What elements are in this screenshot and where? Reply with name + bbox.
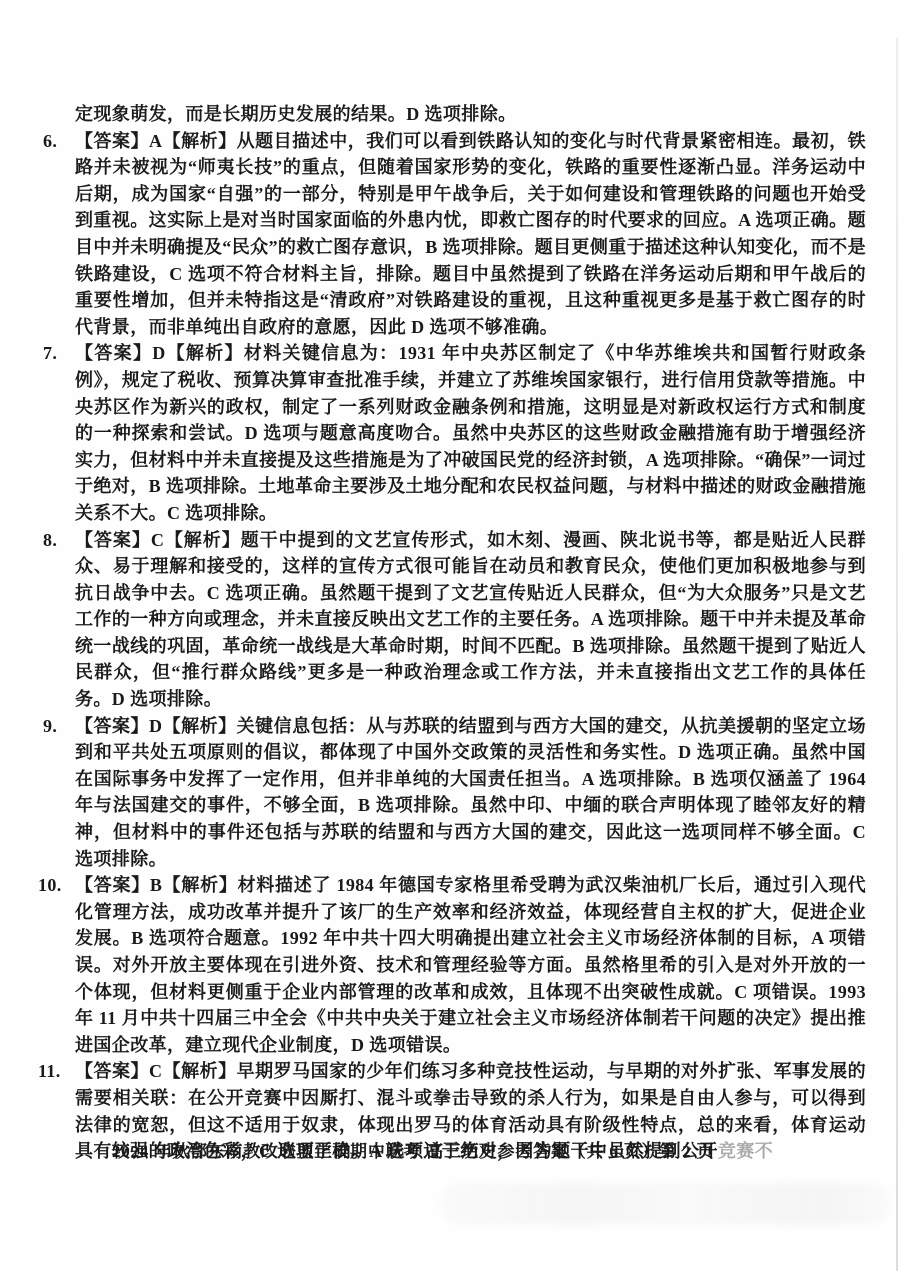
continuation-line: 定现象萌发，而是长期历史发展的结果。D 选项排除。 (75, 101, 866, 128)
item-number: 6. (38, 128, 75, 155)
item-explanation: 【答案】A【解析】从题目描述中，我们可以看到铁路认知的变化与时代背景紧密相连。最… (75, 128, 866, 341)
answer-explanations: 定现象萌发，而是长期历史发展的结果。D 选项排除。 6. 【答案】A【解析】从题… (38, 101, 866, 1165)
item-explanation: 【答案】B【解析】材料描述了 1984 年德国专家格里希受聘为武汉柴油机厂长后，… (75, 872, 866, 1058)
item-explanation: 【答案】D【解析】关键信息包括：从与苏联的结盟到与西方大国的建交，从抗美援朝的坚… (75, 713, 866, 873)
item-number: 11. (38, 1058, 75, 1085)
answer-item-6: 6. 【答案】A【解析】从题目描述中，我们可以看到铁路认知的变化与时代背景紧密相… (38, 128, 866, 341)
item-number: 8. (38, 527, 75, 554)
answer-item-7: 7. 【答案】D【解析】材料关键信息为：1931 年中央苏区制定了《中华苏维埃共… (38, 340, 866, 526)
page-footer: 2024 年秋鄂东南教改联盟学校期中联考 高三历史参考答案（共 6 页）第 2 … (112, 1140, 714, 1164)
answer-item-8: 8. 【答案】C【解析】题干中提到的文艺宣传形式，如木刻、漫画、陕北说书等，都是… (38, 527, 866, 713)
item-explanation: 【答案】D【解析】材料关键信息为：1931 年中央苏区制定了《中华苏维埃共和国暂… (75, 340, 866, 526)
answer-item-9: 9. 【答案】D【解析】关键信息包括：从与苏联的结盟到与西方大国的建交，从抗美援… (38, 713, 866, 873)
scanned-answer-sheet-page: 定现象萌发，而是长期历史发展的结果。D 选项排除。 6. 【答案】A【解析】从题… (0, 0, 900, 1271)
scan-edge-line (896, 38, 898, 1271)
faded-scan-text: 竞赛不 (718, 1141, 773, 1161)
item-explanation: 【答案】C【解析】题干中提到的文艺宣传形式，如木刻、漫画、陕北说书等，都是贴近人… (75, 527, 866, 713)
item-number: 7. (38, 340, 75, 367)
scan-artifact (440, 1183, 890, 1225)
answer-item-10: 10. 【答案】B【解析】材料描述了 1984 年德国专家格里希受聘为武汉柴油机… (38, 872, 866, 1058)
item-number: 10. (38, 872, 75, 899)
item-number: 9. (38, 713, 75, 740)
